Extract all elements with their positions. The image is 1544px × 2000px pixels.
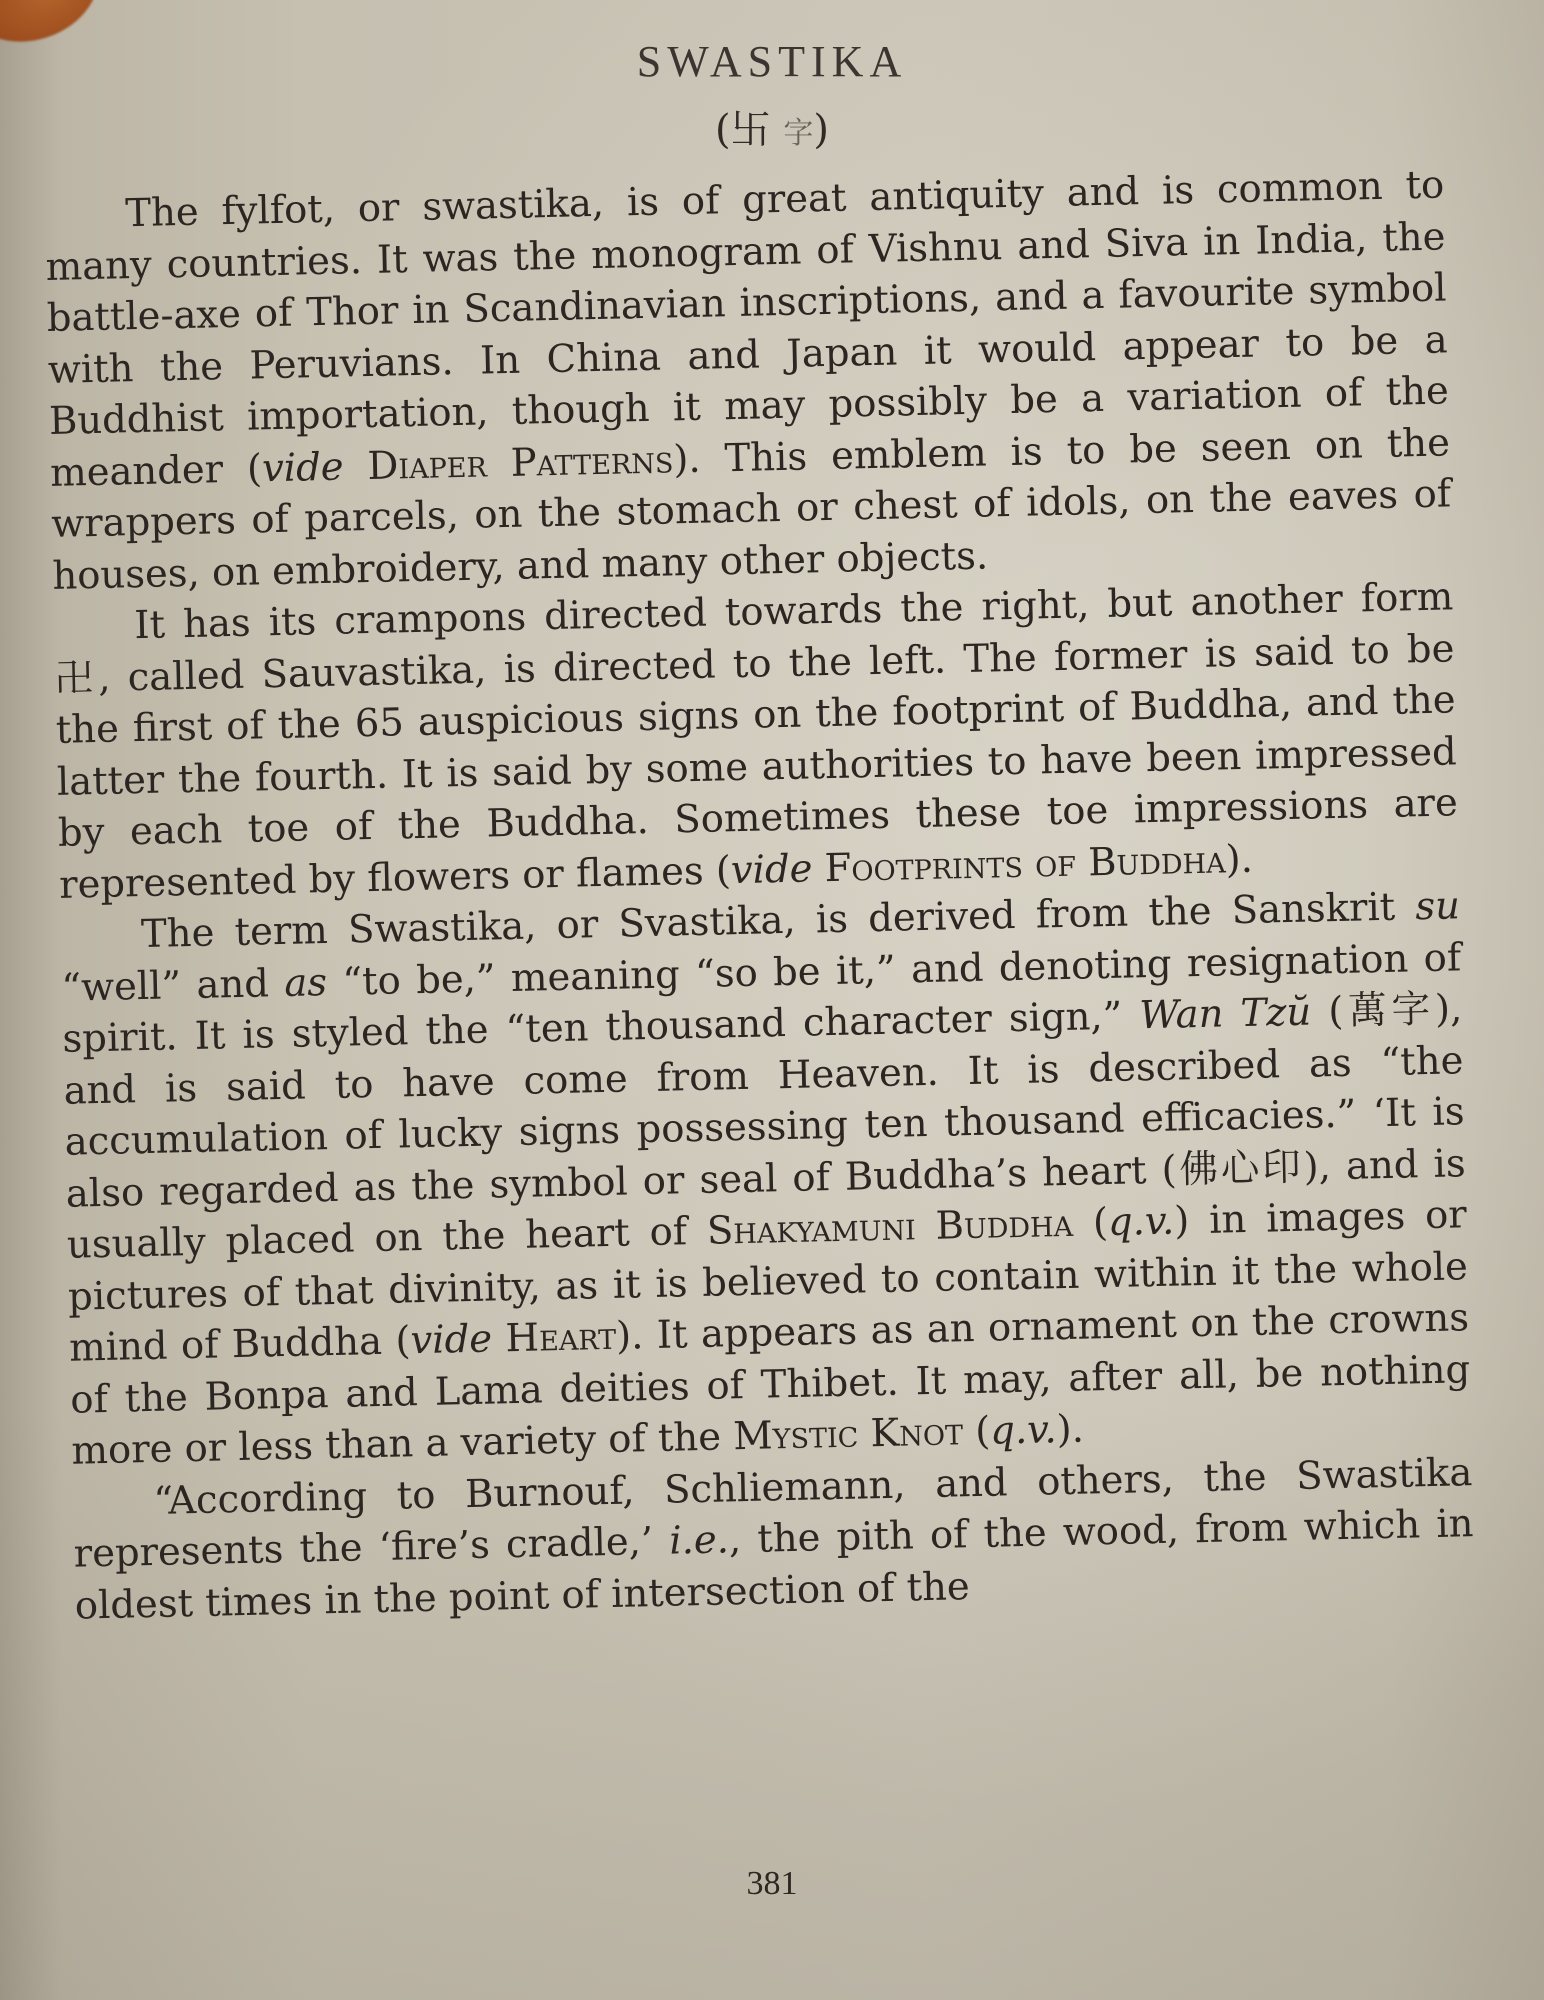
cross-reference: Shakyamuni Buddha bbox=[706, 1201, 1073, 1254]
cross-reference: Footprints of Buddha bbox=[824, 837, 1226, 891]
italic-text: vide bbox=[730, 846, 812, 893]
text-run: “well” and bbox=[61, 960, 285, 1010]
cross-reference: Diaper Patterns bbox=[367, 437, 674, 489]
text-run: 卍 bbox=[54, 655, 99, 701]
italic-text: vide bbox=[262, 444, 344, 491]
text-run: ). bbox=[1225, 836, 1253, 882]
text-run: ( bbox=[963, 1409, 991, 1455]
cross-reference: Mystic Knot bbox=[733, 1409, 964, 1459]
italic-text: q.v. bbox=[990, 1407, 1057, 1453]
text-run: ). bbox=[1056, 1407, 1084, 1453]
italic-text: i.e. bbox=[669, 1517, 730, 1563]
italic-text: q.v. bbox=[1107, 1199, 1174, 1245]
italic-text: Wan Tzŭ bbox=[1139, 990, 1312, 1039]
text-run bbox=[343, 444, 368, 490]
text-run bbox=[491, 1316, 505, 1361]
page-title: SWASTIKA bbox=[0, 36, 1544, 87]
text-run: ( bbox=[1073, 1200, 1109, 1246]
subtitle-open-paren: ( bbox=[715, 107, 731, 153]
page-subtitle: (卐 字) bbox=[0, 98, 1544, 155]
italic-text: as bbox=[284, 960, 328, 1006]
page-number: 381 bbox=[0, 1865, 1544, 1903]
text-run bbox=[812, 846, 825, 891]
subtitle-han-character: 字 bbox=[783, 116, 813, 151]
cross-reference: Heart bbox=[505, 1314, 617, 1361]
paragraph: It has its crampons directed towards the… bbox=[53, 571, 1459, 910]
paragraph: “According to Burnouf, Schliemann, and o… bbox=[72, 1447, 1475, 1632]
italic-text: vide bbox=[410, 1317, 492, 1364]
swastika-glyph-icon: 卐 bbox=[731, 107, 771, 153]
book-page: SWASTIKA (卐 字) The fylfot, or swastika, … bbox=[0, 0, 1544, 2000]
italic-text: su bbox=[1415, 883, 1461, 929]
body-text: The fylfot, or swastika, is of great ant… bbox=[44, 159, 1475, 1631]
subtitle-close-paren: ) bbox=[813, 107, 829, 153]
paragraph: The fylfot, or swastika, is of great ant… bbox=[44, 159, 1453, 601]
paragraph: The term Swastika, or Svastika, is deriv… bbox=[60, 880, 1472, 1477]
